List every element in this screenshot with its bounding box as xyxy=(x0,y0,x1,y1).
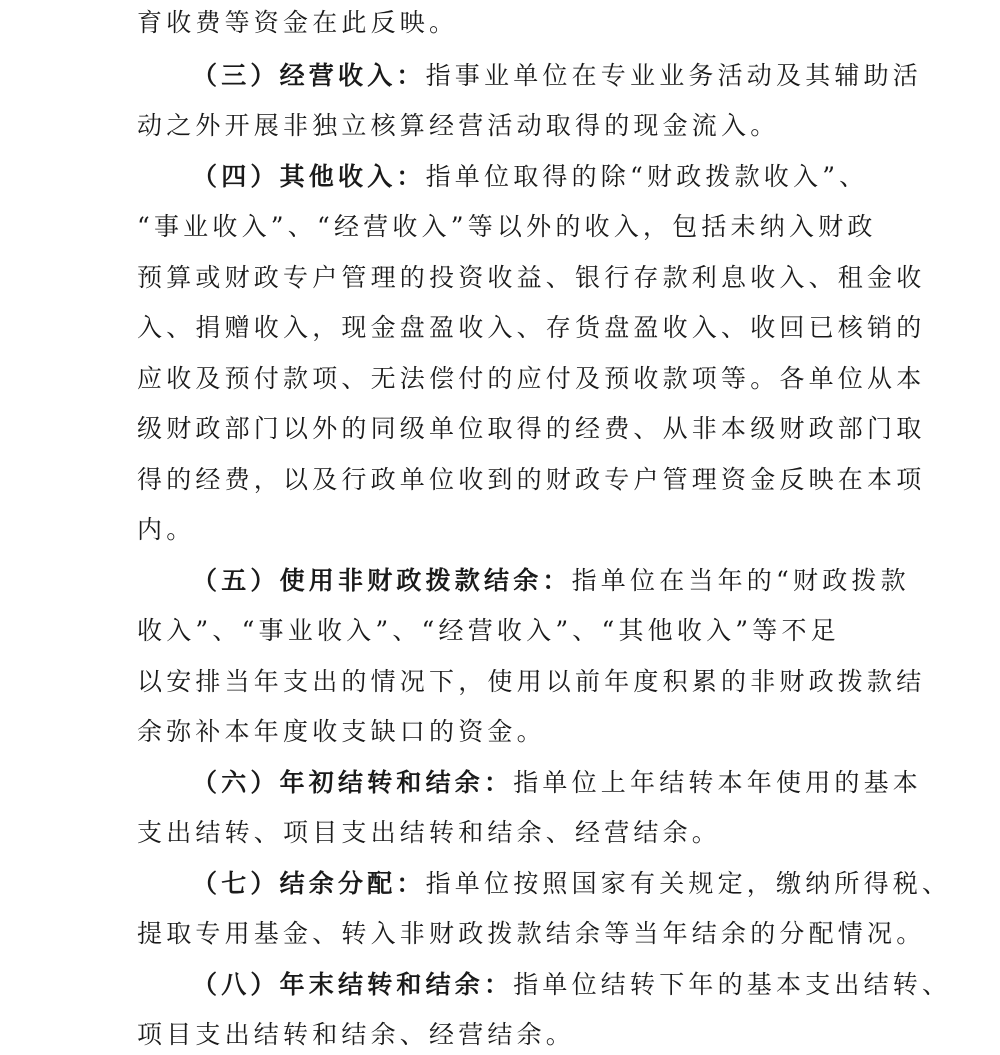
paragraph-line: 入、捐赠收入，现金盘盈收入、存货盘盈收入、收回已核销的 xyxy=(137,313,925,343)
section-heading-line: （七）结余分配：指单位按照国家有关规定，缴纳所得税、 xyxy=(192,869,951,899)
paragraph-text: 支出结转、项目支出结转和结余、经营结余。 xyxy=(137,818,721,847)
section-heading: （三）经营收入： xyxy=(192,61,426,90)
section-heading-line: （六）年初结转和结余：指单位上年结转本年使用的基本 xyxy=(192,768,922,798)
paragraph-text: 指事业单位在专业业务活动及其辅助活 xyxy=(426,61,922,90)
paragraph-line: 动之外开展非独立核算经营活动取得的现金流入。 xyxy=(137,111,779,141)
section-heading-line: （三）经营收入：指事业单位在专业业务活动及其辅助活 xyxy=(192,61,922,91)
paragraph-text: 预算或财政专户管理的投资收益、银行存款利息收入、租金收 xyxy=(137,263,925,292)
section-heading-line: （四）其他收入：指单位取得的除“财政拨款收入”、 xyxy=(192,162,868,192)
section-heading: （八）年末结转和结余： xyxy=(192,970,513,999)
paragraph-text: 动之外开展非独立核算经营活动取得的现金流入。 xyxy=(137,111,779,140)
paragraph-text: 以安排当年支出的情况下，使用以前年度积累的非财政拨款结 xyxy=(137,667,925,696)
paragraph-text: 级财政部门以外的同级单位取得的经费、从非本级财政部门取 xyxy=(137,414,925,443)
paragraph-line: 以安排当年支出的情况下，使用以前年度积累的非财政拨款结 xyxy=(137,667,925,697)
paragraph-line: 支出结转、项目支出结转和结余、经营结余。 xyxy=(137,818,721,848)
paragraph-text: 育收费等资金在此反映。 xyxy=(137,8,458,37)
paragraph-text: 入、捐赠收入，现金盘盈收入、存货盘盈收入、收回已核销的 xyxy=(137,313,925,342)
paragraph-text: 内。 xyxy=(137,515,195,544)
paragraph-line: 余弥补本年度收支缺口的资金。 xyxy=(137,717,546,747)
paragraph-line: 提取专用基金、转入非财政拨款结余等当年结余的分配情况。 xyxy=(137,919,925,949)
paragraph-text: 收入”、“事业收入”、“经营收入”、“其他收入”等不足 xyxy=(137,616,840,645)
section-heading-line: （八）年末结转和结余：指单位结转下年的基本支出结转、 xyxy=(192,970,951,1000)
paragraph-line: 应收及预付款项、无法偿付的应付及预收款项等。各单位从本 xyxy=(137,364,925,394)
paragraph-text: 提取专用基金、转入非财政拨款结余等当年结余的分配情况。 xyxy=(137,919,925,948)
paragraph-line: “事业收入”、“经营收入”等以外的收入，包括未纳入财政 xyxy=(137,212,877,242)
paragraph-text: 应收及预付款项、无法偿付的应付及预收款项等。各单位从本 xyxy=(137,364,925,393)
paragraph-line: 预算或财政专户管理的投资收益、银行存款利息收入、租金收 xyxy=(137,263,925,293)
paragraph-text: 得的经费，以及行政单位收到的财政专户管理资金反映在本项 xyxy=(137,465,925,494)
paragraph-text: 指单位取得的除“财政拨款收入”、 xyxy=(426,162,869,191)
section-heading-line: （五）使用非财政拨款结余：指单位在当年的“财政拨款 xyxy=(192,566,910,596)
paragraph-text: 项目支出结转和结余、经营结余。 xyxy=(137,1020,575,1049)
paragraph-line: 级财政部门以外的同级单位取得的经费、从非本级财政部门取 xyxy=(137,414,925,444)
paragraph-line: 育收费等资金在此反映。 xyxy=(137,8,458,38)
paragraph-line: 得的经费，以及行政单位收到的财政专户管理资金反映在本项 xyxy=(137,465,925,495)
paragraph-line: 内。 xyxy=(137,515,195,545)
section-heading: （五）使用非财政拨款结余： xyxy=(192,566,572,595)
section-heading: （七）结余分配： xyxy=(192,869,426,898)
section-heading: （四）其他收入： xyxy=(192,162,426,191)
paragraph-line: 项目支出结转和结余、经营结余。 xyxy=(137,1020,575,1050)
paragraph-text: 指单位上年结转本年使用的基本 xyxy=(513,768,922,797)
paragraph-text: 指单位按照国家有关规定，缴纳所得税、 xyxy=(426,869,952,898)
paragraph-text: 指单位在当年的“财政拨款 xyxy=(572,566,910,595)
paragraph-text: 余弥补本年度收支缺口的资金。 xyxy=(137,717,546,746)
paragraph-text: “事业收入”、“经营收入”等以外的收入，包括未纳入财政 xyxy=(137,212,877,241)
paragraph-text: 指单位结转下年的基本支出结转、 xyxy=(513,970,951,999)
section-heading: （六）年初结转和结余： xyxy=(192,768,513,797)
paragraph-line: 收入”、“事业收入”、“经营收入”、“其他收入”等不足 xyxy=(137,616,840,646)
